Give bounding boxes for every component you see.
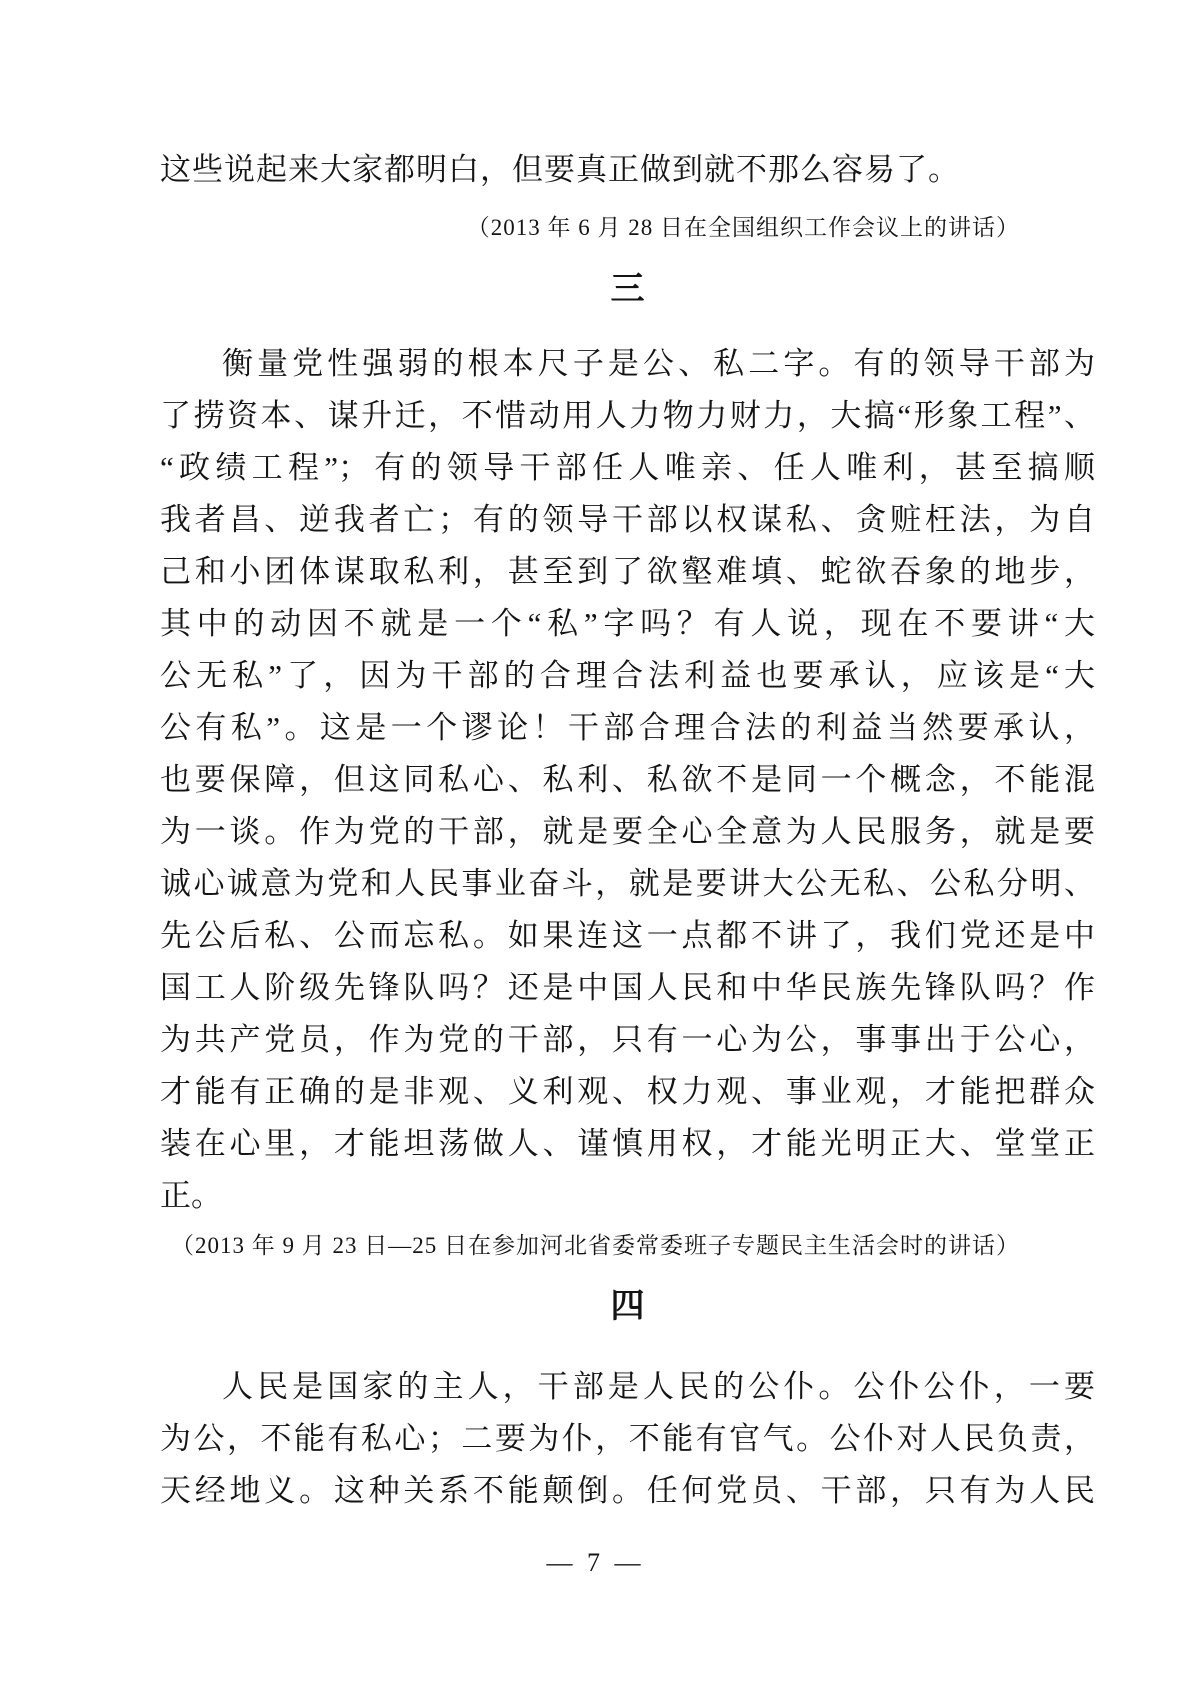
citation-speech-source-2: （2013 年 9 月 23 日—25 日在参加河北省委常委班子专题民主生活会时… — [160, 1231, 1095, 1261]
text-line: 其中的动因不就是一个“私”字吗？有人说，现在不要讲“大 — [160, 598, 1095, 650]
text-line: 己和小团体谋取私利，甚至到了欲壑难填、蛇欲吞象的地步， — [160, 546, 1095, 598]
text-line: 衡量党性强弱的根本尺子是公、私二字。有的领导干部为 — [160, 338, 1095, 390]
text-line: 才能有正确的是非观、义利观、权力观、事业观，才能把群众 — [160, 1066, 1095, 1118]
text-line: 了捞资本、谋升迁，不惜动用人力物力财力，大搞“形象工程”、 — [160, 390, 1095, 442]
section-three-paragraph: 衡量党性强弱的根本尺子是公、私二字。有的领导干部为 了捞资本、谋升迁，不惜动用人… — [160, 338, 1095, 1222]
text-line: 公无私”了，因为干部的合理合法利益也要承认，应该是“大 — [160, 650, 1095, 702]
text-line: 天经地义。这种关系不能颠倒。任何党员、干部，只有为人民 — [160, 1465, 1095, 1517]
paragraph-continuation-line: 这些说起来大家都明白，但要真正做到就不那么容易了。 — [160, 148, 1095, 192]
section-heading-four: 四 — [160, 1287, 1095, 1327]
text-line: 我者昌、逆我者亡；有的领导干部以权谋私、贪赃枉法，为自 — [160, 494, 1095, 546]
text-line: 装在心里，才能坦荡做人、谨慎用权，才能光明正大、堂堂正 — [160, 1118, 1095, 1170]
text-line: 公有私”。这是一个谬论！干部合理合法的利益当然要承认， — [160, 702, 1095, 754]
text-line: 为公，不能有私心；二要为仆，不能有官气。公仆对人民负责， — [160, 1413, 1095, 1465]
text-line: 诚心诚意为党和人民事业奋斗，就是要讲大公无私、公私分明、 — [160, 858, 1095, 910]
text-line: 为共产党员，作为党的干部，只有一心为公，事事出于公心， — [160, 1014, 1095, 1066]
text-line: 国工人阶级先锋队吗？还是中国人民和中华民族先锋队吗？作 — [160, 962, 1095, 1014]
document-page: 这些说起来大家都明白，但要真正做到就不那么容易了。 （2013 年 6 月 28… — [0, 0, 1191, 1684]
text-line: 也要保障，但这同私心、私利、私欲不是同一个概念，不能混 — [160, 754, 1095, 806]
section-four-paragraph: 人民是国家的主人，干部是人民的公仆。公仆公仆，一要 为公，不能有私心；二要为仆，… — [160, 1361, 1095, 1517]
text-line: 先公后私、公而忘私。如果连这一点都不讲了，我们党还是中 — [160, 910, 1095, 962]
text-line: 正。 — [160, 1170, 1095, 1222]
text-line: 为一谈。作为党的干部，就是要全心全意为人民服务，就是要 — [160, 806, 1095, 858]
section-heading-three: 三 — [160, 270, 1095, 310]
page-number: — 7 — — [0, 1546, 1191, 1580]
citation-speech-source-1: （2013 年 6 月 28 日在全国组织工作会议上的讲话） — [160, 213, 1095, 243]
text-line: “政绩工程”；有的领导干部任人唯亲、任人唯利，甚至搞顺 — [160, 442, 1095, 494]
text-line: 人民是国家的主人，干部是人民的公仆。公仆公仆，一要 — [160, 1361, 1095, 1413]
